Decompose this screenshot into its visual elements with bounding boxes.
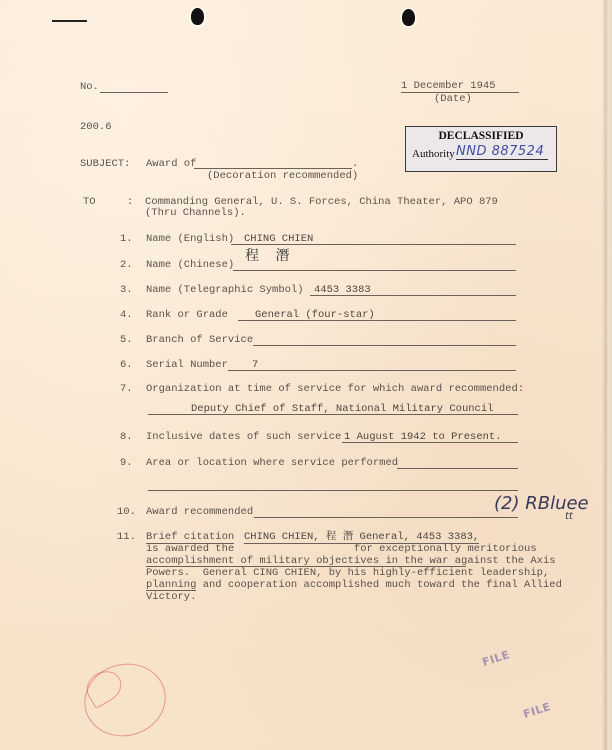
item-1-label: Name (English) <box>146 233 234 245</box>
document-page <box>0 0 612 750</box>
subject-blank <box>194 168 352 169</box>
item-1-value: CHING CHIEN <box>244 233 313 245</box>
punch-hole-icon <box>402 9 415 26</box>
citation-line-5: planning and cooperation accomplished mu… <box>146 579 562 591</box>
item-9-line-2 <box>148 490 518 491</box>
page-edge <box>602 0 612 750</box>
date-label: (Date) <box>434 93 472 105</box>
item-3-number: 3. <box>120 284 133 296</box>
item-8-label: Inclusive dates of such service <box>146 431 341 443</box>
no-label: No. <box>80 81 99 93</box>
item-9-line <box>397 468 518 469</box>
handwritten-mark: (2) RBluee <box>494 493 589 514</box>
declassified-title: DECLASSIFIED <box>406 130 556 142</box>
item-6-value: 7 <box>252 359 258 371</box>
item-5-line <box>253 345 516 346</box>
item-3-value: 4453 3383 <box>314 284 371 296</box>
item-8-value: 1 August 1942 to Present. <box>344 431 502 443</box>
authority-label: Authority <box>412 148 455 160</box>
item-4-number: 4. <box>120 309 133 321</box>
item-10-number: 10. <box>117 506 136 518</box>
to-colon: : <box>127 196 133 208</box>
item-5-label: Branch of Service <box>146 334 253 346</box>
citation-line-4: Powers. General CING CHIEN, by his highl… <box>146 567 549 579</box>
item-10-line <box>254 517 518 518</box>
subject-text: Award of <box>146 158 196 170</box>
item-9-label: Area or location where service performed <box>146 457 398 469</box>
item-2-number: 2. <box>120 259 133 271</box>
item-2-value: 程 潛 <box>245 250 295 262</box>
handwritten-sub: tt <box>565 511 573 522</box>
no-blank <box>100 92 168 93</box>
item-5-number: 5. <box>120 334 133 346</box>
citation-line-6: Victory. <box>146 591 196 603</box>
item-4-label: Rank or Grade <box>146 309 228 321</box>
item-1-number: 1. <box>120 233 133 245</box>
item-6-number: 6. <box>120 359 133 371</box>
item-4-value: General (four-star) <box>255 309 375 321</box>
item-8-number: 8. <box>120 431 133 443</box>
item-7-label: Organization at time of service for whic… <box>146 383 524 395</box>
to-line-2: (Thru Channels). <box>145 207 246 219</box>
top-dash-mark <box>52 20 87 22</box>
item-3-label: Name (Telegraphic Symbol) <box>146 284 304 296</box>
declassified-stamp: DECLASSIFIED Authority NND 887524 <box>405 126 557 172</box>
item-6-line <box>228 370 516 371</box>
item-10-label: Award recommended <box>146 506 253 518</box>
authority-value: NND 887524 <box>456 144 548 160</box>
subject-label: SUBJECT: <box>80 158 130 170</box>
item-7-number: 7. <box>120 383 133 395</box>
item-11-number: 11. <box>117 531 136 543</box>
punch-hole-icon <box>191 8 204 25</box>
item-2-line <box>233 270 516 271</box>
subject-caption: (Decoration recommended) <box>207 170 358 182</box>
item-7-value: Deputy Chief of Staff, National Military… <box>191 403 493 415</box>
file-code: 200.6 <box>80 121 112 133</box>
item-9-number: 9. <box>120 457 133 469</box>
subject-period: . <box>352 158 358 170</box>
item-6-label: Serial Number <box>146 359 228 371</box>
item-2-label: Name (Chinese) <box>146 259 234 271</box>
to-label: TO <box>83 196 96 208</box>
citation-line-2: is awarded the for exceptionally meritor… <box>146 543 537 555</box>
